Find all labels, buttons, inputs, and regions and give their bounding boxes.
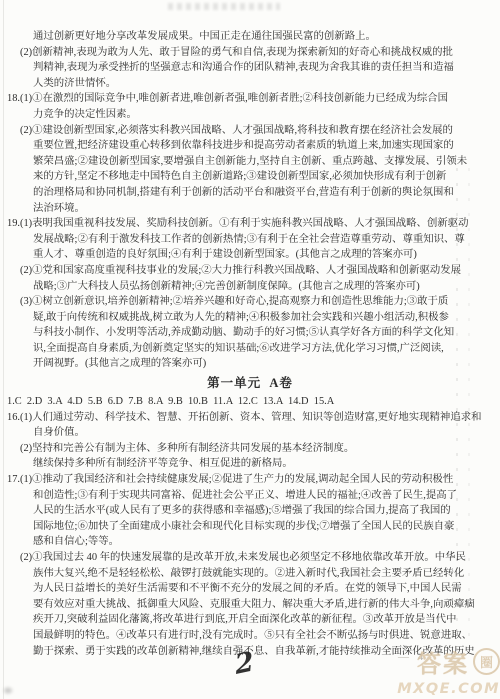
text-line: (2)①党和国家高度重视科技事业的发展;②大力推行科教兴国战略、人才强国战略和创…	[0, 263, 500, 279]
text-line: (2)①建设创新型国家,必须落实科教兴国战略、人才强国战略,将科技和教育摆在经济…	[0, 123, 500, 139]
text-line: 与科技小制作、小发明等活动,养成勤动脑、勤动手的好习惯;⑤认真学好各方面的科学文…	[0, 325, 500, 341]
text-line: 为人民日益增长的美好生活需要和不平衡不充分的发展之间的矛盾。在党的领导下,中国人…	[0, 581, 500, 597]
text-line: 人类的济世情怀。	[0, 76, 500, 92]
text-line: 战略;③广大科技人员弘扬创新精神;④完善创新制度保障。(其他言之成理的答案亦可)	[0, 279, 500, 295]
text-line: 发展战略;②有利于激发科技工作者的创新热情;③有利于在全社会营造尊重劳动、尊重知…	[0, 232, 500, 248]
text-line: 疑,敢于向传统和权威挑战,树立敢为人先的精神;④积极参加社会实践和兴趣小组活动,…	[0, 310, 500, 326]
section-header: 第一单元 A卷	[0, 372, 500, 394]
text-line: 开阔视野。(其他言之成理的答案亦可)	[0, 356, 500, 372]
text-line: 要有效应对重大挑战、抵御重大风险、克服重大阻力、解决重大矛盾,进行新的伟大斗争,…	[0, 597, 500, 613]
text-line: 和创造性;③有利于实现共同富裕、促进社会公平正义、增进人民的福祉;④改善了民生,…	[0, 488, 500, 504]
scanned-answer-page: 通过创新更好地分享改革发展成果。中国正走在通往国强民富的创新路上。(2)创新精神…	[0, 0, 500, 699]
text-line: 感和自信心;等等。	[0, 534, 500, 550]
text-line: (2)创新精神,表现为敢为人先、敢于冒险的勇气和自信,表现为探索新知的好奇心和挑…	[0, 45, 500, 61]
text-line: 疾开刀,突破利益固化藩篱,将改革进行到底,开启全面深化改革的新征程。③改革开放是…	[0, 612, 500, 628]
text-line: 来的方针,坚定不移地走中国特色自主创新道路;③建设创新型国家,必须加快形成有利于…	[0, 169, 500, 185]
text-line: 18.(1)①在激烈的国际竞争中,唯创新者进,唯创新者强,唯创新者胜;②科技创新…	[0, 91, 500, 107]
watermark-site-url: MXQE.COM	[360, 681, 500, 697]
text-line: (2)①我国过去 40 年的快速发展靠的是改革开放,未来发展也必须坚定不移地依靠…	[0, 550, 500, 566]
scan-smudge-artifact	[0, 684, 16, 697]
bleedthrough-artifact	[168, 3, 280, 10]
text-line: 16.(1)人们通过劳动、科学技术、智慧、开拓创新、资本、管理、知识等创造财富,…	[0, 410, 500, 426]
text-line: 重人才、尊重创造的良好氛围;④有利于建设创新型国家。(其他言之成理的答案亦可)	[0, 247, 500, 263]
text-line: 19.(1)表明我国重视科技发展、奖励科技创新。①有利于实施科教兴国战略、人才强…	[0, 216, 500, 232]
text-line: 17.(1)①推动了我国经济和社会持续健康发展;②促进了生产力的发展,调动起全国…	[0, 472, 500, 488]
text-line: 法治环境。	[0, 201, 500, 217]
text-line: 族伟大复兴,绝不是轻轻松松、敲锣打鼓就能实现的。②进入新时代,我国社会主要矛盾已…	[0, 566, 500, 582]
text-line: 继续保持多种所有制经济平等竞争、相互促进的新格局。	[0, 456, 500, 472]
text-line: 自身价值。	[0, 425, 500, 441]
text-line: (3)①树立创新意识,培养创新精神;②培养兴趣和好奇心,提高观察力和创造性思维能…	[0, 294, 500, 310]
text-line: 人民的生活水平(或人民有了更多的获得感和幸福感);⑤增强了我国的综合国力,提高了…	[0, 503, 500, 519]
text-line: 重要位置,把经济建设重心转移到依靠科技进步和提高劳动者素质的轨道上来,加速实现国…	[0, 138, 500, 154]
text-line: (2)坚持和完善公有制为主体、多种所有制经济共同发展的基本经济制度。	[0, 441, 500, 457]
text-line: 通过创新更好地分享改革发展成果。中国正走在通往国强民富的创新路上。	[0, 29, 500, 45]
text-line: 国最鲜明的特色。④改革只有进行时,没有完成时。⑤只有全社会不断弘扬与时俱进、锐意…	[0, 628, 500, 644]
text-line: 的治理格局和协同机制,搭建有利于创新的活动平台和融资平台,营造有利于创新的舆论氛…	[0, 185, 500, 201]
text-line: 力竞争的决定性因素。	[0, 107, 500, 123]
handwritten-page-number: 2	[234, 646, 256, 681]
text-line: 国际地位;⑥加快了全面建成小康社会和现代化目标实现的步伐;⑦增强了全国人民的民族…	[0, 519, 500, 535]
text-line: 识,全面提高自身素质,为创新奠定坚实的知识基础;⑥改进学习方法,优化学习习惯,广…	[0, 341, 500, 357]
page-footer-mark: — 4	[398, 651, 426, 663]
text-line: 繁荣昌盛;②建设创新型国家,要增强自主创新能力,坚持自主创新、重点跨越、支撑发展…	[0, 154, 500, 170]
text-line: 1.C 2.D 3.A 4.D 5.B 6.D 7.B 8.A 9.B 10.B…	[0, 394, 500, 410]
text-line: 判精神,表现为承受挫折的坚强意志和沟通合作的团队精神,表现为舍我其谁的责任担当和…	[0, 60, 500, 76]
page-content: 通过创新更好地分享改革发展成果。中国正走在通往国强民富的创新路上。(2)创新精神…	[0, 29, 500, 659]
